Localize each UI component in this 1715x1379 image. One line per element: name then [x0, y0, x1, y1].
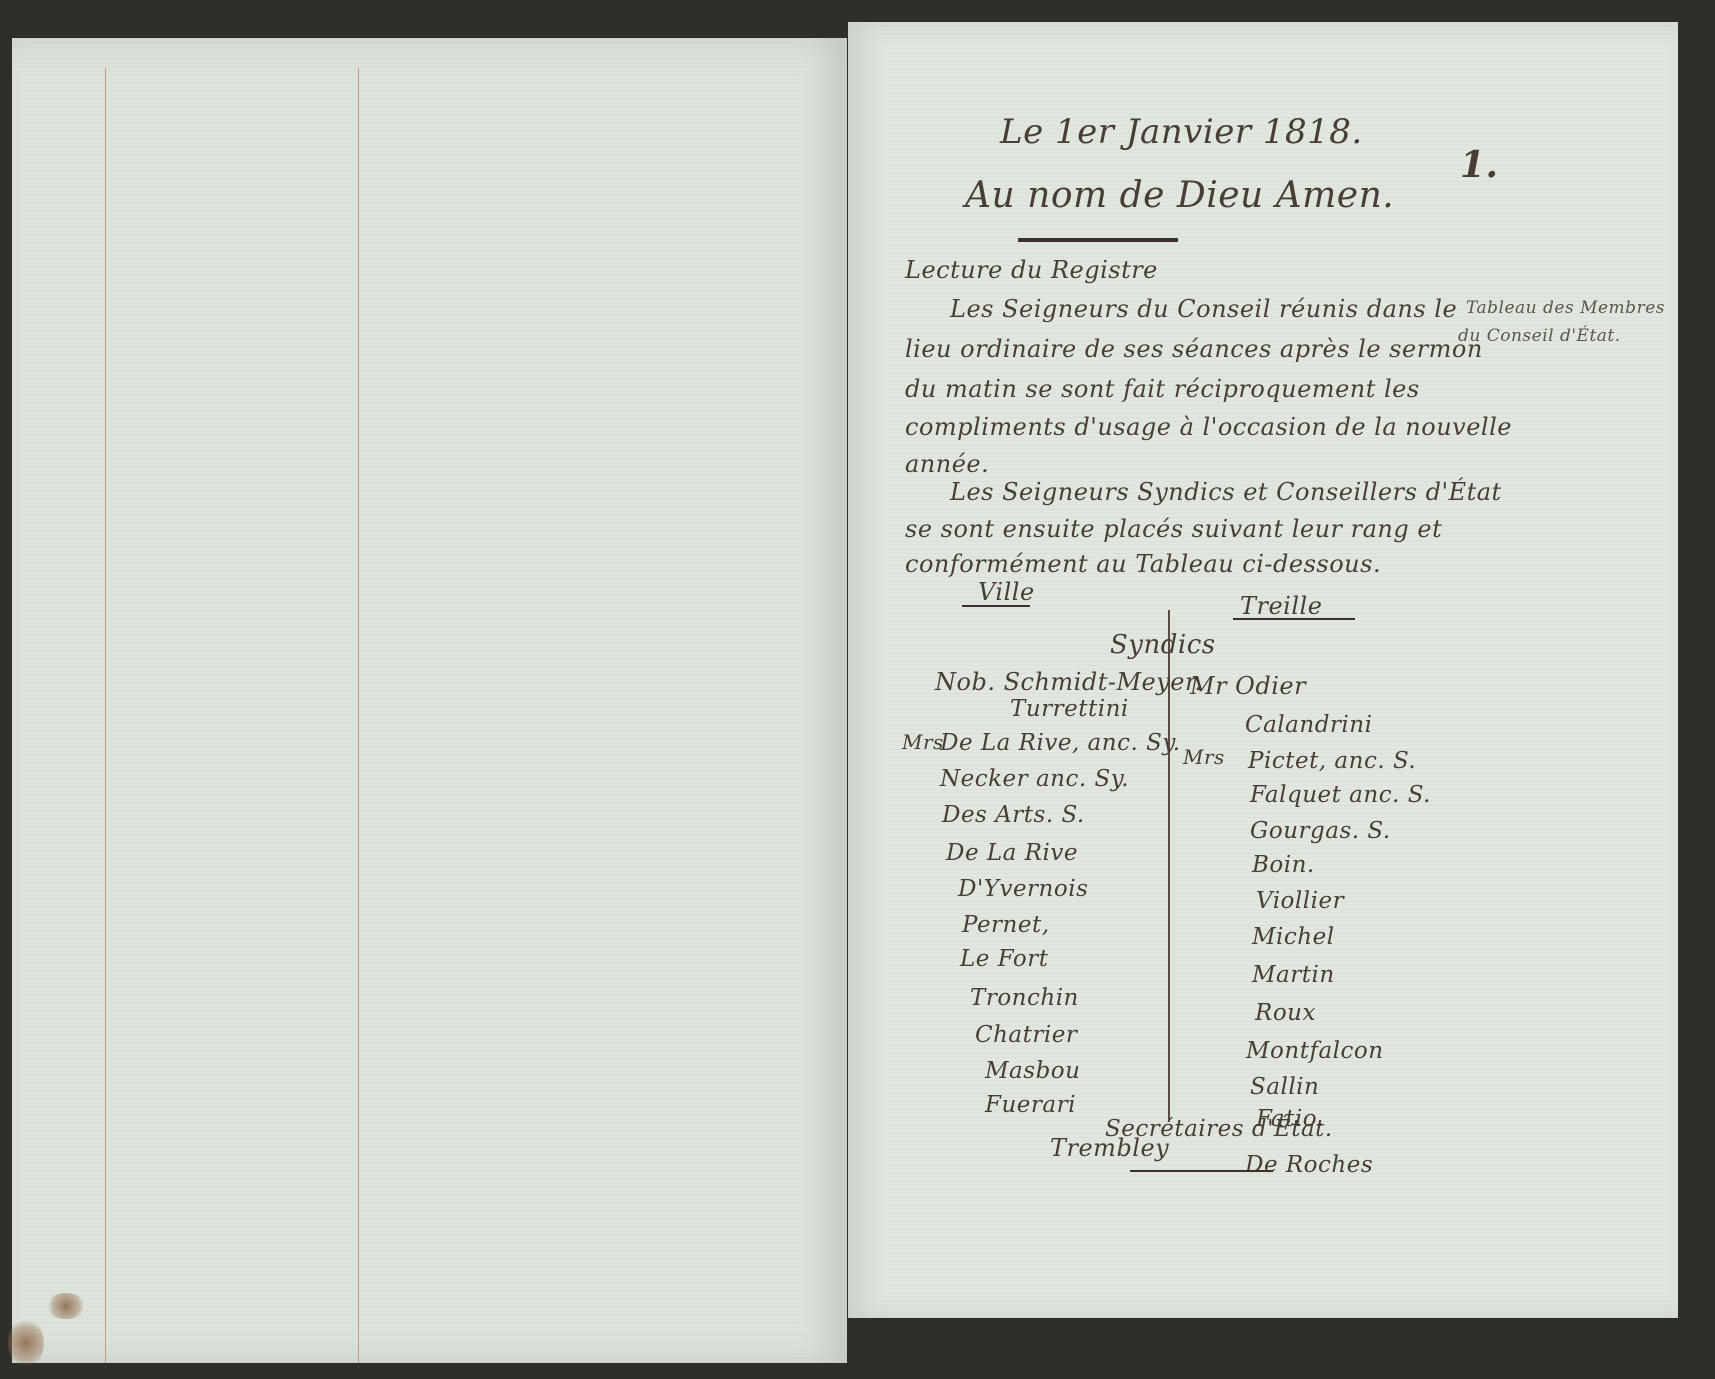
treille-entry: Calandrini	[1245, 712, 1372, 738]
treille-entry: Falquet anc. S.	[1250, 782, 1431, 808]
ville-entry: Chatrier	[975, 1022, 1077, 1048]
date-line: Le 1er Janvier 1818.	[1000, 112, 1363, 152]
page-number: 1.	[1460, 144, 1499, 186]
treille-entry: Sallin	[1250, 1074, 1319, 1100]
ville-entry: Des Arts. S.	[942, 802, 1085, 828]
treille-entry: Pictet, anc. S.	[1248, 748, 1416, 774]
column-header-ville: Ville	[978, 578, 1035, 606]
section-heading: Lecture du Registre	[905, 256, 1158, 284]
syndic-left: Nob. Schmidt-Meyer.	[935, 668, 1202, 696]
treille-entry: Montfalcon	[1246, 1038, 1384, 1064]
paragraph-1-line: Les Seigneurs du Conseil réunis dans le	[950, 295, 1457, 323]
left-margin-rule-inner	[358, 68, 359, 1363]
paragraph-1-line: du matin se sont fait réciproquement les	[905, 375, 1420, 403]
treille-underline	[1233, 618, 1355, 620]
syndics-label: Syndics	[1110, 630, 1216, 660]
ville-entry: D'Yvernois	[958, 876, 1088, 902]
marginal-note-line-1: Tableau des Membres	[1466, 298, 1665, 318]
paragraph-1-line: compliments d'usage à l'occasion de la n…	[905, 413, 1512, 441]
ville-underline	[962, 605, 1030, 607]
right-prefix: Mrs	[1183, 745, 1225, 769]
syndic-right: Mr Odier	[1190, 672, 1306, 700]
closing-rule	[1130, 1170, 1273, 1172]
paragraph-2-line: conformément au Tableau ci-dessous.	[905, 550, 1381, 578]
ink-stain	[46, 1293, 86, 1319]
ville-entry: De La Rive	[946, 840, 1078, 866]
heading-underline	[1018, 238, 1178, 242]
ville-entry: Fuerari	[985, 1092, 1076, 1118]
treille-entry: Gourgas. S.	[1250, 818, 1391, 844]
ville-entry: Masbou	[985, 1058, 1080, 1084]
left-page	[12, 38, 847, 1363]
treille-entry: Michel	[1252, 924, 1335, 950]
treille-entry: Viollier	[1256, 888, 1344, 914]
secretary-right: De Roches	[1245, 1152, 1373, 1178]
paragraph-2-line: se sont ensuite placés suivant leur rang…	[905, 515, 1442, 543]
paragraph-1-line: lieu ordinaire de ses séances après le s…	[905, 335, 1483, 363]
column-header-treille: Treille	[1240, 592, 1322, 620]
left-prefix: Mrs	[902, 730, 944, 754]
paragraph-1-line: année.	[905, 450, 989, 478]
ville-entry: Pernet,	[962, 912, 1050, 938]
treille-entry: Martin	[1252, 962, 1335, 988]
invocation-heading: Au nom de Dieu Amen.	[965, 175, 1394, 216]
ville-entry: Necker anc. Sy.	[940, 766, 1129, 792]
secretary-left: Trembley	[1050, 1134, 1169, 1162]
ville-entry: Le Fort	[960, 946, 1048, 972]
ink-stain	[8, 1318, 44, 1368]
treille-entry: Roux	[1255, 1000, 1316, 1026]
paragraph-2-line: Les Seigneurs Syndics et Conseillers d'É…	[950, 478, 1502, 506]
treille-entry: Boin.	[1252, 852, 1315, 878]
ville-entry: Tronchin	[970, 985, 1079, 1011]
left-margin-rule-outer	[105, 68, 106, 1363]
ville-entry: De La Rive, anc. Sy.	[940, 730, 1181, 756]
ville-entry: Turrettini	[1010, 696, 1129, 722]
